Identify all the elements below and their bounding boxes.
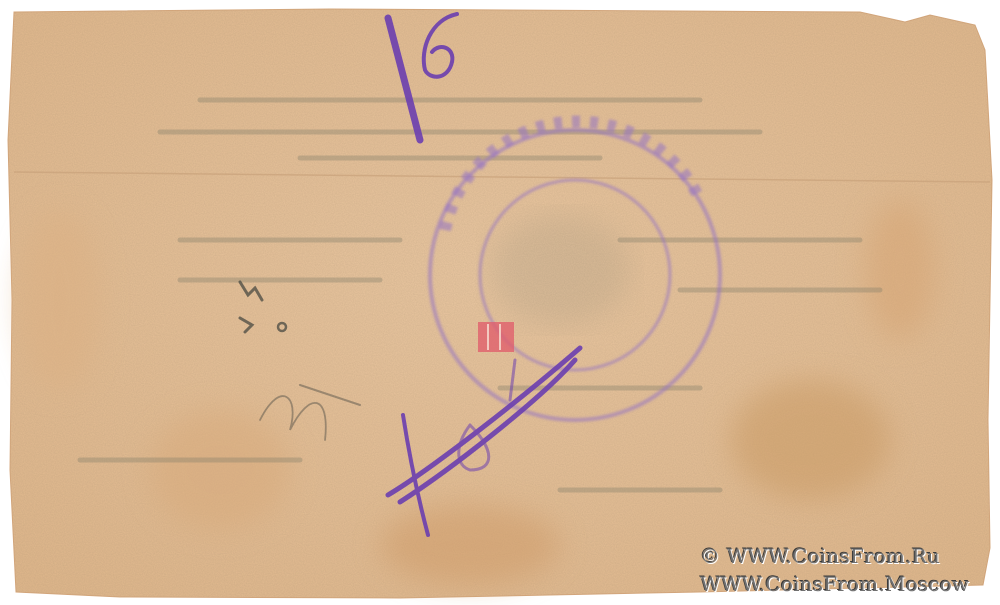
red-stamp <box>478 322 514 352</box>
watermark-line-2: WWW.CoinsFrom.Moscow <box>700 572 969 596</box>
watermark-line-1: © WWW.CoinsFrom.Ru <box>700 544 940 568</box>
banknote-photo <box>0 0 1000 605</box>
